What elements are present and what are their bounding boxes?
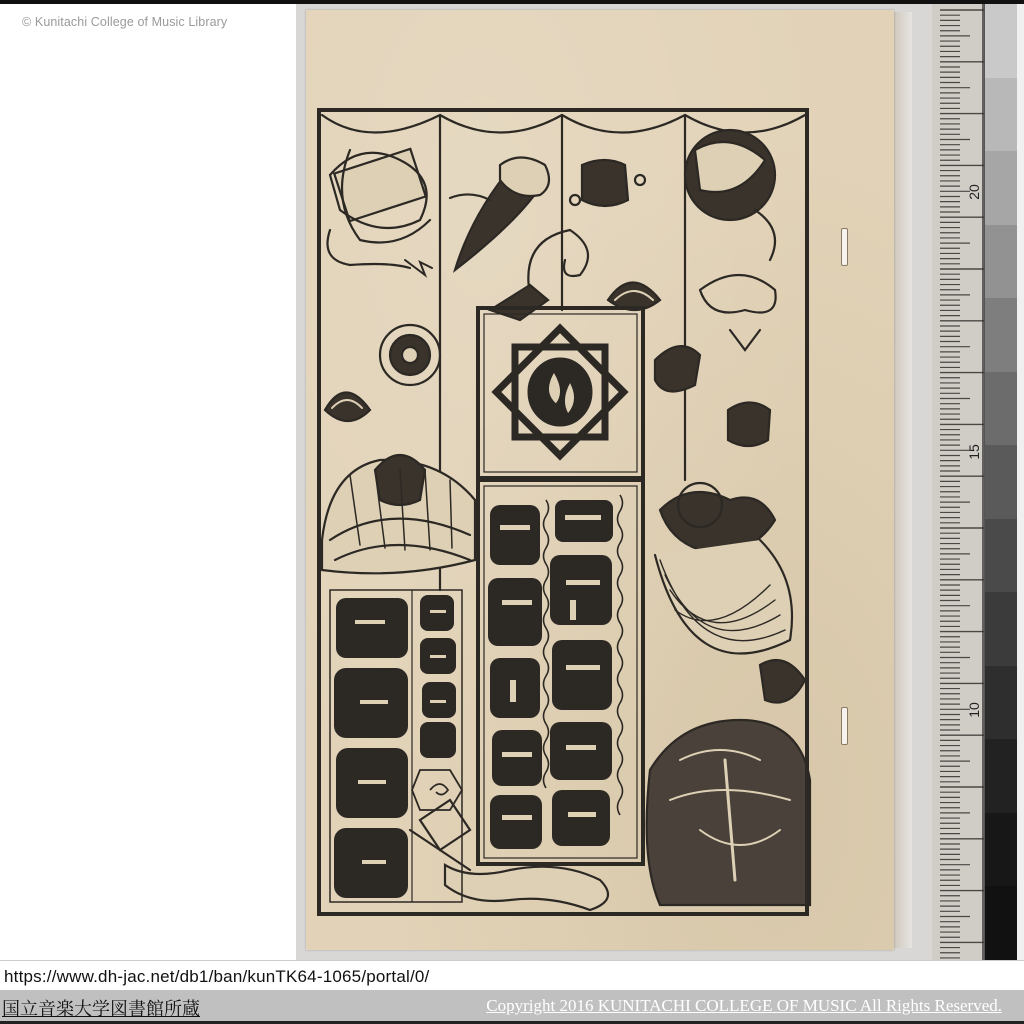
ruler-ticks [932, 4, 984, 960]
gray-patch [985, 78, 1017, 152]
gray-patch [985, 4, 1017, 78]
gray-patch [985, 298, 1017, 372]
binding-stitch-top [841, 228, 848, 266]
gray-patch [985, 372, 1017, 446]
copyright-link[interactable]: Copyright 2016 KUNITACHI COLLEGE OF MUSI… [486, 996, 1002, 1016]
url-text[interactable]: https://www.dh-jac.net/db1/ban/kunTK64-1… [4, 967, 429, 987]
ruler-label-20: 20 [966, 184, 982, 200]
binding-stitch-bottom [841, 707, 848, 745]
woodblock-frame [317, 108, 809, 916]
gray-patch [985, 886, 1017, 960]
gray-patch [985, 445, 1017, 519]
gray-patch [985, 225, 1017, 299]
gray-patch [985, 666, 1017, 740]
gray-patch [985, 813, 1017, 887]
scale-ruler: 20 15 10 [932, 4, 985, 960]
gray-scale-card [985, 4, 1017, 960]
gray-patch [985, 592, 1017, 666]
gray-patch [985, 151, 1017, 225]
address-bar[interactable]: https://www.dh-jac.net/db1/ban/kunTK64-1… [0, 960, 1024, 991]
ruler-label-10: 10 [966, 702, 982, 718]
gray-patch [985, 519, 1017, 593]
footer-bar: 国立音楽大学図書館所蔵 Copyright 2016 KUNITACHI COL… [0, 990, 1024, 1024]
scan-edge [1017, 4, 1024, 960]
ruler-label-15: 15 [966, 444, 982, 460]
holding-institution-link[interactable]: 国立音楽大学図書館所蔵 [2, 995, 200, 1021]
gray-patch [985, 739, 1017, 813]
